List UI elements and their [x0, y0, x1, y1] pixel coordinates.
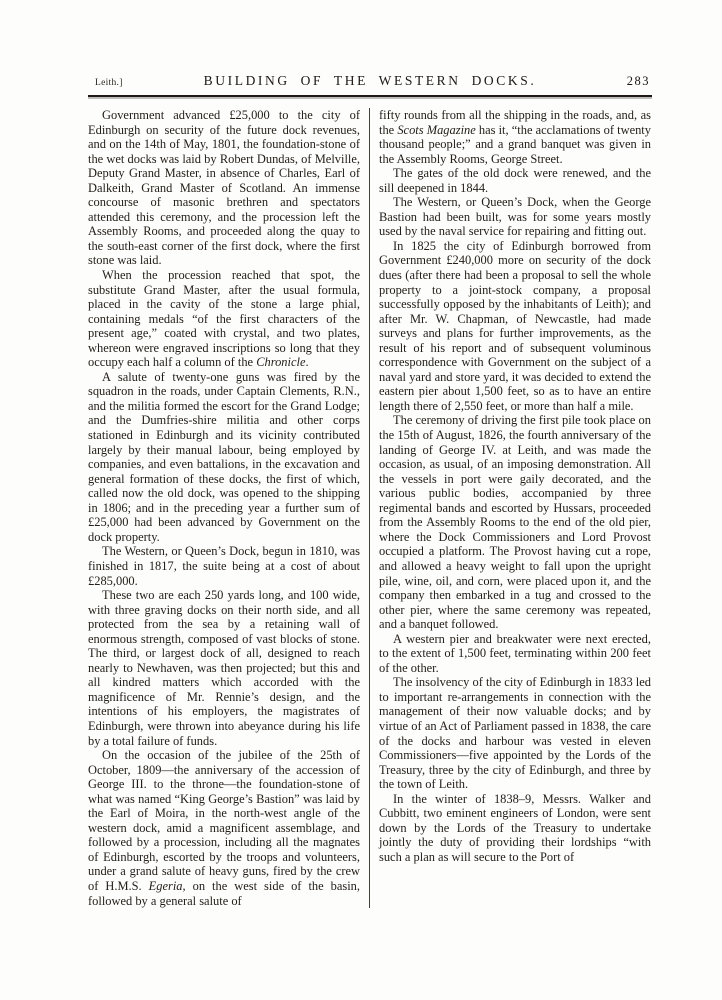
paragraph: A salute of twenty-one guns was fired by… [88, 370, 360, 545]
header-rule [88, 95, 652, 97]
paragraph: A western pier and breakwater were next … [379, 632, 651, 676]
text-column-left: Government advanced £25,000 to the city … [88, 108, 369, 908]
text-column-right: fifty rounds from all the shipping in th… [369, 108, 651, 908]
paragraph: Government advanced £25,000 to the city … [88, 108, 360, 268]
paragraph: In 1825 the city of Edinburgh borrowed f… [379, 239, 651, 414]
text-columns: Government advanced £25,000 to the city … [88, 108, 652, 908]
page-number: 283 [627, 74, 650, 89]
paragraph: The Western, or Queen’s Dock, begun in 1… [88, 544, 360, 588]
paragraph: The ceremony of driving the first pile t… [379, 413, 651, 631]
paragraph: When the procession reached that spot, t… [88, 268, 360, 370]
paragraph: On the occasion of the jubilee of the 25… [88, 748, 360, 908]
paragraph: The gates of the old dock were renewed, … [379, 166, 651, 195]
paragraph: fifty rounds from all the shipping in th… [379, 108, 651, 166]
book-page: Leith.] BUILDING OF THE WESTERN DOCKS. 2… [0, 0, 722, 1000]
page-title: BUILDING OF THE WESTERN DOCKS. [88, 73, 652, 89]
paragraph: The Western, or Queen’s Dock, when the G… [379, 195, 651, 239]
paragraph: The insolvency of the city of Edinburgh … [379, 675, 651, 791]
running-head: Leith.] BUILDING OF THE WESTERN DOCKS. 2… [88, 70, 652, 90]
paragraph: In the winter of 1838–9, Messrs. Walker … [379, 792, 651, 865]
page-content: Leith.] BUILDING OF THE WESTERN DOCKS. 2… [88, 70, 652, 908]
paragraph: These two are each 250 yards long, and 1… [88, 588, 360, 748]
